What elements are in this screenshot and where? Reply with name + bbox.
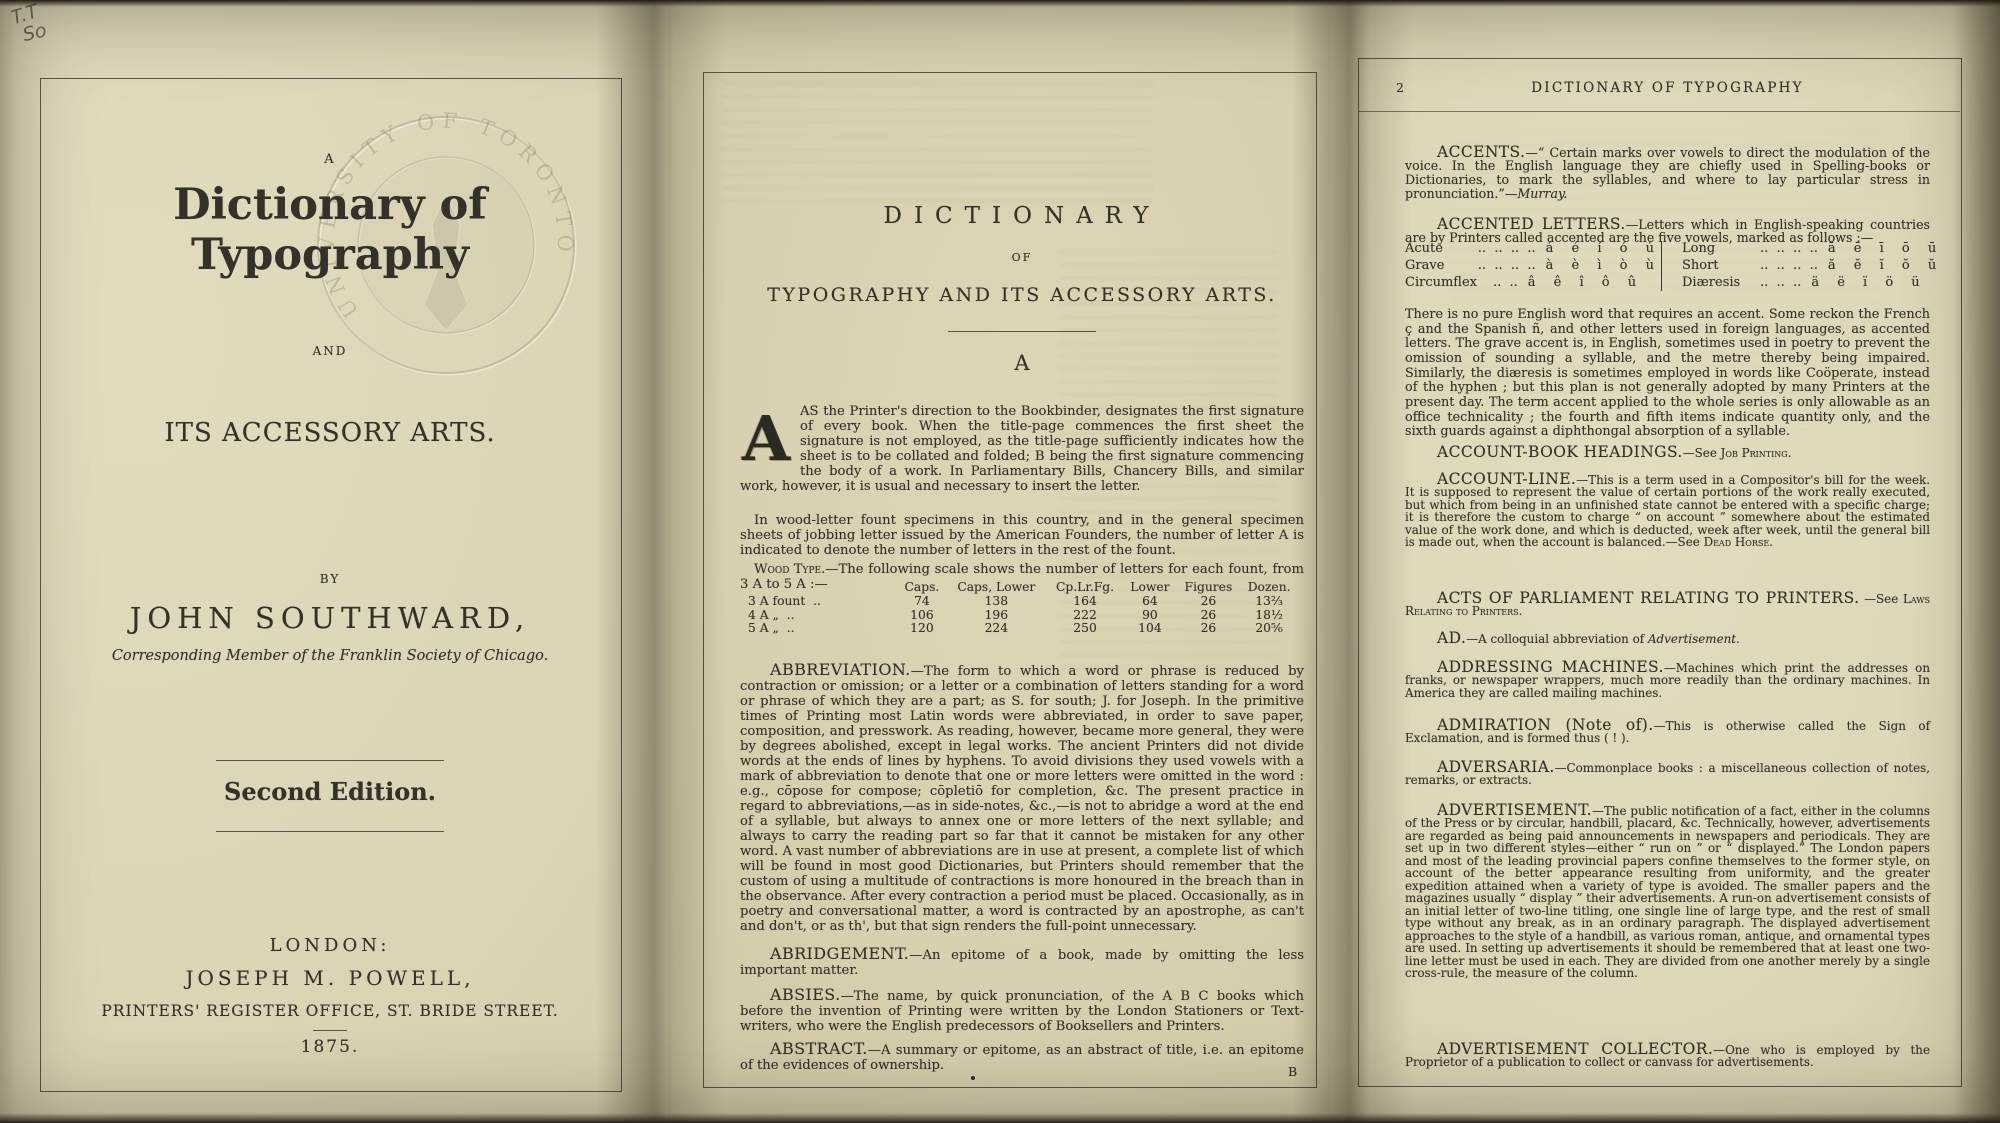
publisher-address: PRINTERS' REGISTER OFFICE, ST. BRIDE STR… — [30, 1002, 630, 1020]
entry-absies: ABSIES.—The name, by quick pronunciation… — [740, 987, 1304, 1034]
entry-body: —The form to which a word or phrase is r… — [740, 664, 1304, 934]
entry-abbreviation: ABBREVIATION.—The form to which a word o… — [740, 662, 1304, 934]
page-number: 2 — [1396, 80, 1404, 95]
entry-acts-of-parliament: ACTS OF PARLIAMENT RELATING TO PRINTERS.… — [1405, 592, 1930, 618]
col-caps-lower: Caps, Lower — [946, 581, 1047, 595]
accents-explanation: There is no pure English word that requi… — [1405, 308, 1930, 440]
left-scan-edge — [0, 0, 16, 1123]
pencil-line2: So — [21, 20, 49, 45]
ornamental-dropcap-A: A — [740, 406, 792, 474]
book-title: Dictionary of Typography — [30, 180, 630, 280]
dictionary-first-page: DICTIONARY OF TYPOGRAPHY AND ITS ACCESSO… — [668, 0, 1330, 1123]
entry-term: AD. — [1437, 629, 1466, 647]
book-subtitle: ITS ACCESSORY ARTS. — [40, 418, 620, 448]
accent-row: Grave.. .. .. ..à è ì ò ù Short.. .. .. … — [1405, 258, 1930, 275]
col-cp-lr-fg: Cp.Lr.Fg. — [1047, 581, 1123, 595]
dictionary-page-2: 2 DICTIONARY OF TYPOGRAPHY ACCENTS.—“ Ce… — [1330, 0, 2000, 1123]
ink-fleck — [971, 1076, 975, 1080]
entry-citation: —Murray. — [1505, 186, 1568, 201]
entry-abstract: ABSTRACT.—A summary or epitome, as an ab… — [740, 1041, 1304, 1073]
accent-row: Circumflex.. ..â ê î ô û Diæresis.. .. .… — [1405, 275, 1930, 292]
entry-a-text: AS the Printer's direction to the Bookbi… — [740, 404, 1304, 494]
col-figures: Figures — [1177, 581, 1241, 595]
entry-admiration: ADMIRATION (Note of).—This is otherwise … — [1405, 719, 1930, 745]
entry-term: ABSIES. — [770, 985, 841, 1004]
entry-ad: AD.—A colloquial abbreviation of Adverti… — [1405, 632, 1930, 646]
wood-letter-paragraph: In wood-letter fount specimens in this c… — [740, 513, 1304, 558]
entry-body: —See — [1859, 592, 1903, 606]
entry-term: ABBREVIATION. — [770, 660, 911, 679]
author-title: Corresponding Member of the Franklin Soc… — [40, 648, 620, 664]
accent-row: Acute.. .. .. ..á é í ó ú Long.. .. .. .… — [1405, 241, 1930, 258]
top-scan-edge — [0, 0, 2000, 7]
publisher-name: JOSEPH M. POWELL, — [40, 966, 620, 990]
entry-term: ABSTRACT. — [770, 1039, 868, 1058]
title-page: T.T So UNIVERSITY OF TORONTO A Dictionar… — [0, 0, 668, 1123]
imprint-city: LONDON: — [40, 935, 620, 956]
edition-label: Second Edition. — [40, 777, 620, 806]
entry-advertisement-collector: ADVERTISEMENT COLLECTOR.—One who is empl… — [1405, 1043, 1930, 1069]
table-header-row: Caps. Caps, Lower Cp.Lr.Fg. Lower Figure… — [746, 581, 1298, 595]
section-letter: A — [740, 351, 1304, 375]
entry-adversaria: ADVERSARIA.—Commonplace books : a miscel… — [1405, 761, 1930, 787]
accented-letters-table: Acute.. .. .. ..á é í ó ú Long.. .. .. .… — [1405, 241, 1930, 291]
entry-advertisement: ADVERTISEMENT.—The public notification o… — [1405, 804, 1930, 980]
see-reference: Dead Horse. — [1704, 535, 1773, 549]
col-caps: Caps. — [898, 581, 946, 595]
by-label: BY — [40, 572, 620, 586]
running-head-rule — [1358, 111, 1960, 112]
entry-a-paragraph: A AS the Printer's direction to the Book… — [740, 404, 1304, 494]
rule-above-year — [313, 1030, 347, 1031]
and-label: AND — [40, 344, 620, 358]
entry-body: —A colloquial abbreviation of — [1466, 632, 1648, 646]
table-row: 3 A fount .. 74 138 164 64 26 13⅔ — [746, 595, 1298, 609]
entry-abridgement: ABRIDGEMENT.—An epitome of a book, made … — [740, 946, 1304, 978]
half-title-letter: A — [40, 152, 620, 167]
see-reference: Job Printing. — [1721, 446, 1792, 460]
of-label: OF — [740, 251, 1304, 264]
entry-body: —See — [1683, 446, 1721, 460]
entry-addressing-machines: ADDRESSING MACHINES.—Machines which prin… — [1405, 661, 1930, 700]
table-row: 5 A „ .. 120 224 250 104 26 20⅚ — [746, 622, 1298, 636]
page-title: DICTIONARY — [740, 203, 1304, 229]
imprint-year: 1875. — [40, 1037, 620, 1057]
entry-term: ACCOUNT-BOOK HEADINGS. — [1437, 443, 1683, 461]
wood-type-fount-table: Caps. Caps, Lower Cp.Lr.Fg. Lower Figure… — [746, 581, 1298, 636]
entry-body: —The public notification of a fact, eith… — [1405, 804, 1930, 981]
bottom-scan-edge — [0, 1113, 2000, 1123]
entry-account-line: ACCOUNT-LINE.—This is a term used in a C… — [1405, 473, 1930, 549]
entry-term: ABRIDGEMENT. — [770, 944, 909, 963]
entry-account-book-headings: ACCOUNT-BOOK HEADINGS.—See Job Printing. — [1405, 446, 1930, 460]
head-rule — [948, 331, 1096, 332]
page-subtitle: TYPOGRAPHY AND ITS ACCESSORY ARTS. — [740, 284, 1304, 306]
rule-below-edition — [216, 831, 444, 832]
running-head: DICTIONARY OF TYPOGRAPHY — [1405, 80, 1930, 96]
entry-accents: ACCENTS.—“ Certain marks over vowels to … — [1405, 146, 1930, 201]
rule-above-edition — [216, 760, 444, 761]
author-name: JOHN SOUTHWARD, — [40, 601, 620, 635]
col-lower: Lower — [1123, 581, 1176, 595]
book-scan: T.T So UNIVERSITY OF TORONTO A Dictionar… — [0, 0, 2000, 1123]
italic-reference: Advertisement. — [1648, 632, 1740, 646]
col-dozen: Dozen. — [1240, 581, 1298, 595]
table-row: 4 A „ .. 106 196 222 90 26 18½ — [746, 609, 1298, 623]
wood-type-label: Wood Type. — [740, 562, 825, 577]
signature-mark: B — [1288, 1064, 1297, 1079]
